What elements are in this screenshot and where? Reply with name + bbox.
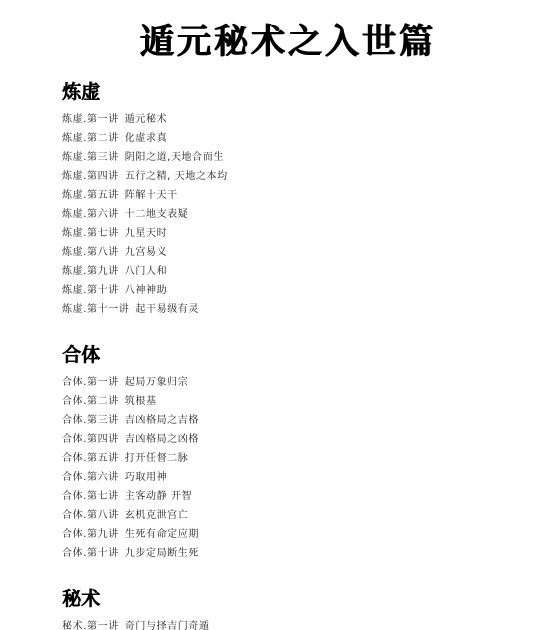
lesson-number: 炼虚.第二讲 [62, 129, 119, 148]
lesson-title: 阴阳之道,天地合而生 [125, 148, 224, 167]
lesson-number: 炼虚.第五讲 [62, 186, 119, 205]
lesson-item: 炼虚.第四讲五行之精, 天地之本均 [62, 167, 482, 186]
lesson-title: 起局万象归宗 [125, 373, 189, 392]
section-heading: 炼虚 [62, 80, 482, 104]
section-heti: 合体 合体.第一讲起局万象归宗 合体.第二讲筑根基 合体.第三讲吉凶格局之吉格 … [62, 343, 482, 563]
section-heading: 秘术 [62, 587, 482, 611]
lesson-item: 炼虚.第二讲化虚求真 [62, 129, 482, 148]
document-title: 遁元秘术之入世篇 [140, 20, 500, 64]
section-mishu: 秘术 秘术.第一讲奇门与择吉门奇遁 [62, 587, 482, 630]
document-page: 遁元秘术之入世篇 炼虚 炼虚.第一讲遁元秘术 炼虚.第二讲化虚求真 炼虚.第三讲… [0, 0, 535, 630]
lesson-item: 合体.第四讲吉凶格局之凶格 [62, 430, 482, 449]
lesson-title: 主客动静 开智 [125, 487, 192, 506]
section-heading: 合体 [62, 343, 482, 367]
lesson-item: 合体.第七讲主客动静 开智 [62, 487, 482, 506]
lesson-item: 合体.第六讲巧取用神 [62, 468, 482, 487]
lesson-number: 合体.第五讲 [62, 449, 119, 468]
lesson-item: 合体.第八讲玄机克泄宫亡 [62, 506, 482, 525]
lesson-title: 吉凶格局之吉格 [125, 411, 199, 430]
lesson-item: 合体.第三讲吉凶格局之吉格 [62, 411, 482, 430]
lesson-title: 生死有命定应期 [125, 525, 199, 544]
lesson-number: 合体.第六讲 [62, 468, 119, 487]
lesson-title: 八神神助 [125, 281, 167, 300]
lesson-title: 五行之精, 天地之本均 [125, 167, 228, 186]
lesson-number: 合体.第七讲 [62, 487, 119, 506]
lesson-item: 炼虚.第五讲阵解十天干 [62, 186, 482, 205]
lesson-item: 炼虚.第六讲十二地支表疑 [62, 205, 482, 224]
lesson-item: 合体.第五讲打开任督二脉 [62, 449, 482, 468]
lesson-title: 化虚求真 [125, 129, 167, 148]
section-lianxu: 炼虚 炼虚.第一讲遁元秘术 炼虚.第二讲化虚求真 炼虚.第三讲阴阳之道,天地合而… [62, 80, 482, 319]
lesson-title: 起干易级有灵 [135, 300, 199, 319]
lesson-number: 合体.第九讲 [62, 525, 119, 544]
lesson-number: 炼虚.第七讲 [62, 224, 119, 243]
lesson-item: 炼虚.第九讲八门人和 [62, 262, 482, 281]
lesson-item: 炼虚.第十一讲起干易级有灵 [62, 300, 482, 319]
lesson-item: 合体.第十讲九步定局断生死 [62, 544, 482, 563]
lesson-title: 九宫易义 [125, 243, 167, 262]
lesson-item: 合体.第一讲起局万象归宗 [62, 373, 482, 392]
lesson-number: 合体.第二讲 [62, 392, 119, 411]
lesson-number: 炼虚.第四讲 [62, 167, 119, 186]
lesson-list: 炼虚.第一讲遁元秘术 炼虚.第二讲化虚求真 炼虚.第三讲阴阳之道,天地合而生 炼… [62, 110, 482, 319]
lesson-list: 秘术.第一讲奇门与择吉门奇遁 [62, 617, 482, 630]
lesson-title: 玄机克泄宫亡 [125, 506, 189, 525]
lesson-number: 炼虚.第六讲 [62, 205, 119, 224]
lesson-item: 炼虚.第一讲遁元秘术 [62, 110, 482, 129]
lesson-title: 阵解十天干 [125, 186, 178, 205]
lesson-title: 九星天时 [125, 224, 167, 243]
lesson-title: 十二地支表疑 [125, 205, 189, 224]
lesson-item: 秘术.第一讲奇门与择吉门奇遁 [62, 617, 482, 630]
lesson-number: 炼虚.第十一讲 [62, 300, 129, 319]
lesson-number: 合体.第三讲 [62, 411, 119, 430]
lesson-item: 合体.第九讲生死有命定应期 [62, 525, 482, 544]
lesson-number: 合体.第十讲 [62, 544, 119, 563]
lesson-title: 奇门与择吉门奇遁 [125, 617, 210, 630]
lesson-number: 炼虚.第九讲 [62, 262, 119, 281]
lesson-title: 巧取用神 [125, 468, 167, 487]
lesson-list: 合体.第一讲起局万象归宗 合体.第二讲筑根基 合体.第三讲吉凶格局之吉格 合体.… [62, 373, 482, 563]
lesson-item: 炼虚.第八讲九宫易义 [62, 243, 482, 262]
lesson-title: 九步定局断生死 [125, 544, 199, 563]
lesson-item: 炼虚.第十讲八神神助 [62, 281, 482, 300]
lesson-title: 筑根基 [125, 392, 157, 411]
lesson-item: 炼虚.第三讲阴阳之道,天地合而生 [62, 148, 482, 167]
lesson-number: 炼虚.第一讲 [62, 110, 119, 129]
lesson-number: 炼虚.第八讲 [62, 243, 119, 262]
lesson-title: 打开任督二脉 [125, 449, 189, 468]
lesson-title: 遁元秘术 [125, 110, 167, 129]
lesson-number: 合体.第四讲 [62, 430, 119, 449]
lesson-number: 炼虚.第三讲 [62, 148, 119, 167]
lesson-number: 炼虚.第十讲 [62, 281, 119, 300]
lesson-item: 合体.第二讲筑根基 [62, 392, 482, 411]
lesson-item: 炼虚.第七讲九星天时 [62, 224, 482, 243]
lesson-number: 合体.第一讲 [62, 373, 119, 392]
lesson-number: 秘术.第一讲 [62, 617, 119, 630]
lesson-title: 吉凶格局之凶格 [125, 430, 199, 449]
lesson-title: 八门人和 [125, 262, 167, 281]
lesson-number: 合体.第八讲 [62, 506, 119, 525]
